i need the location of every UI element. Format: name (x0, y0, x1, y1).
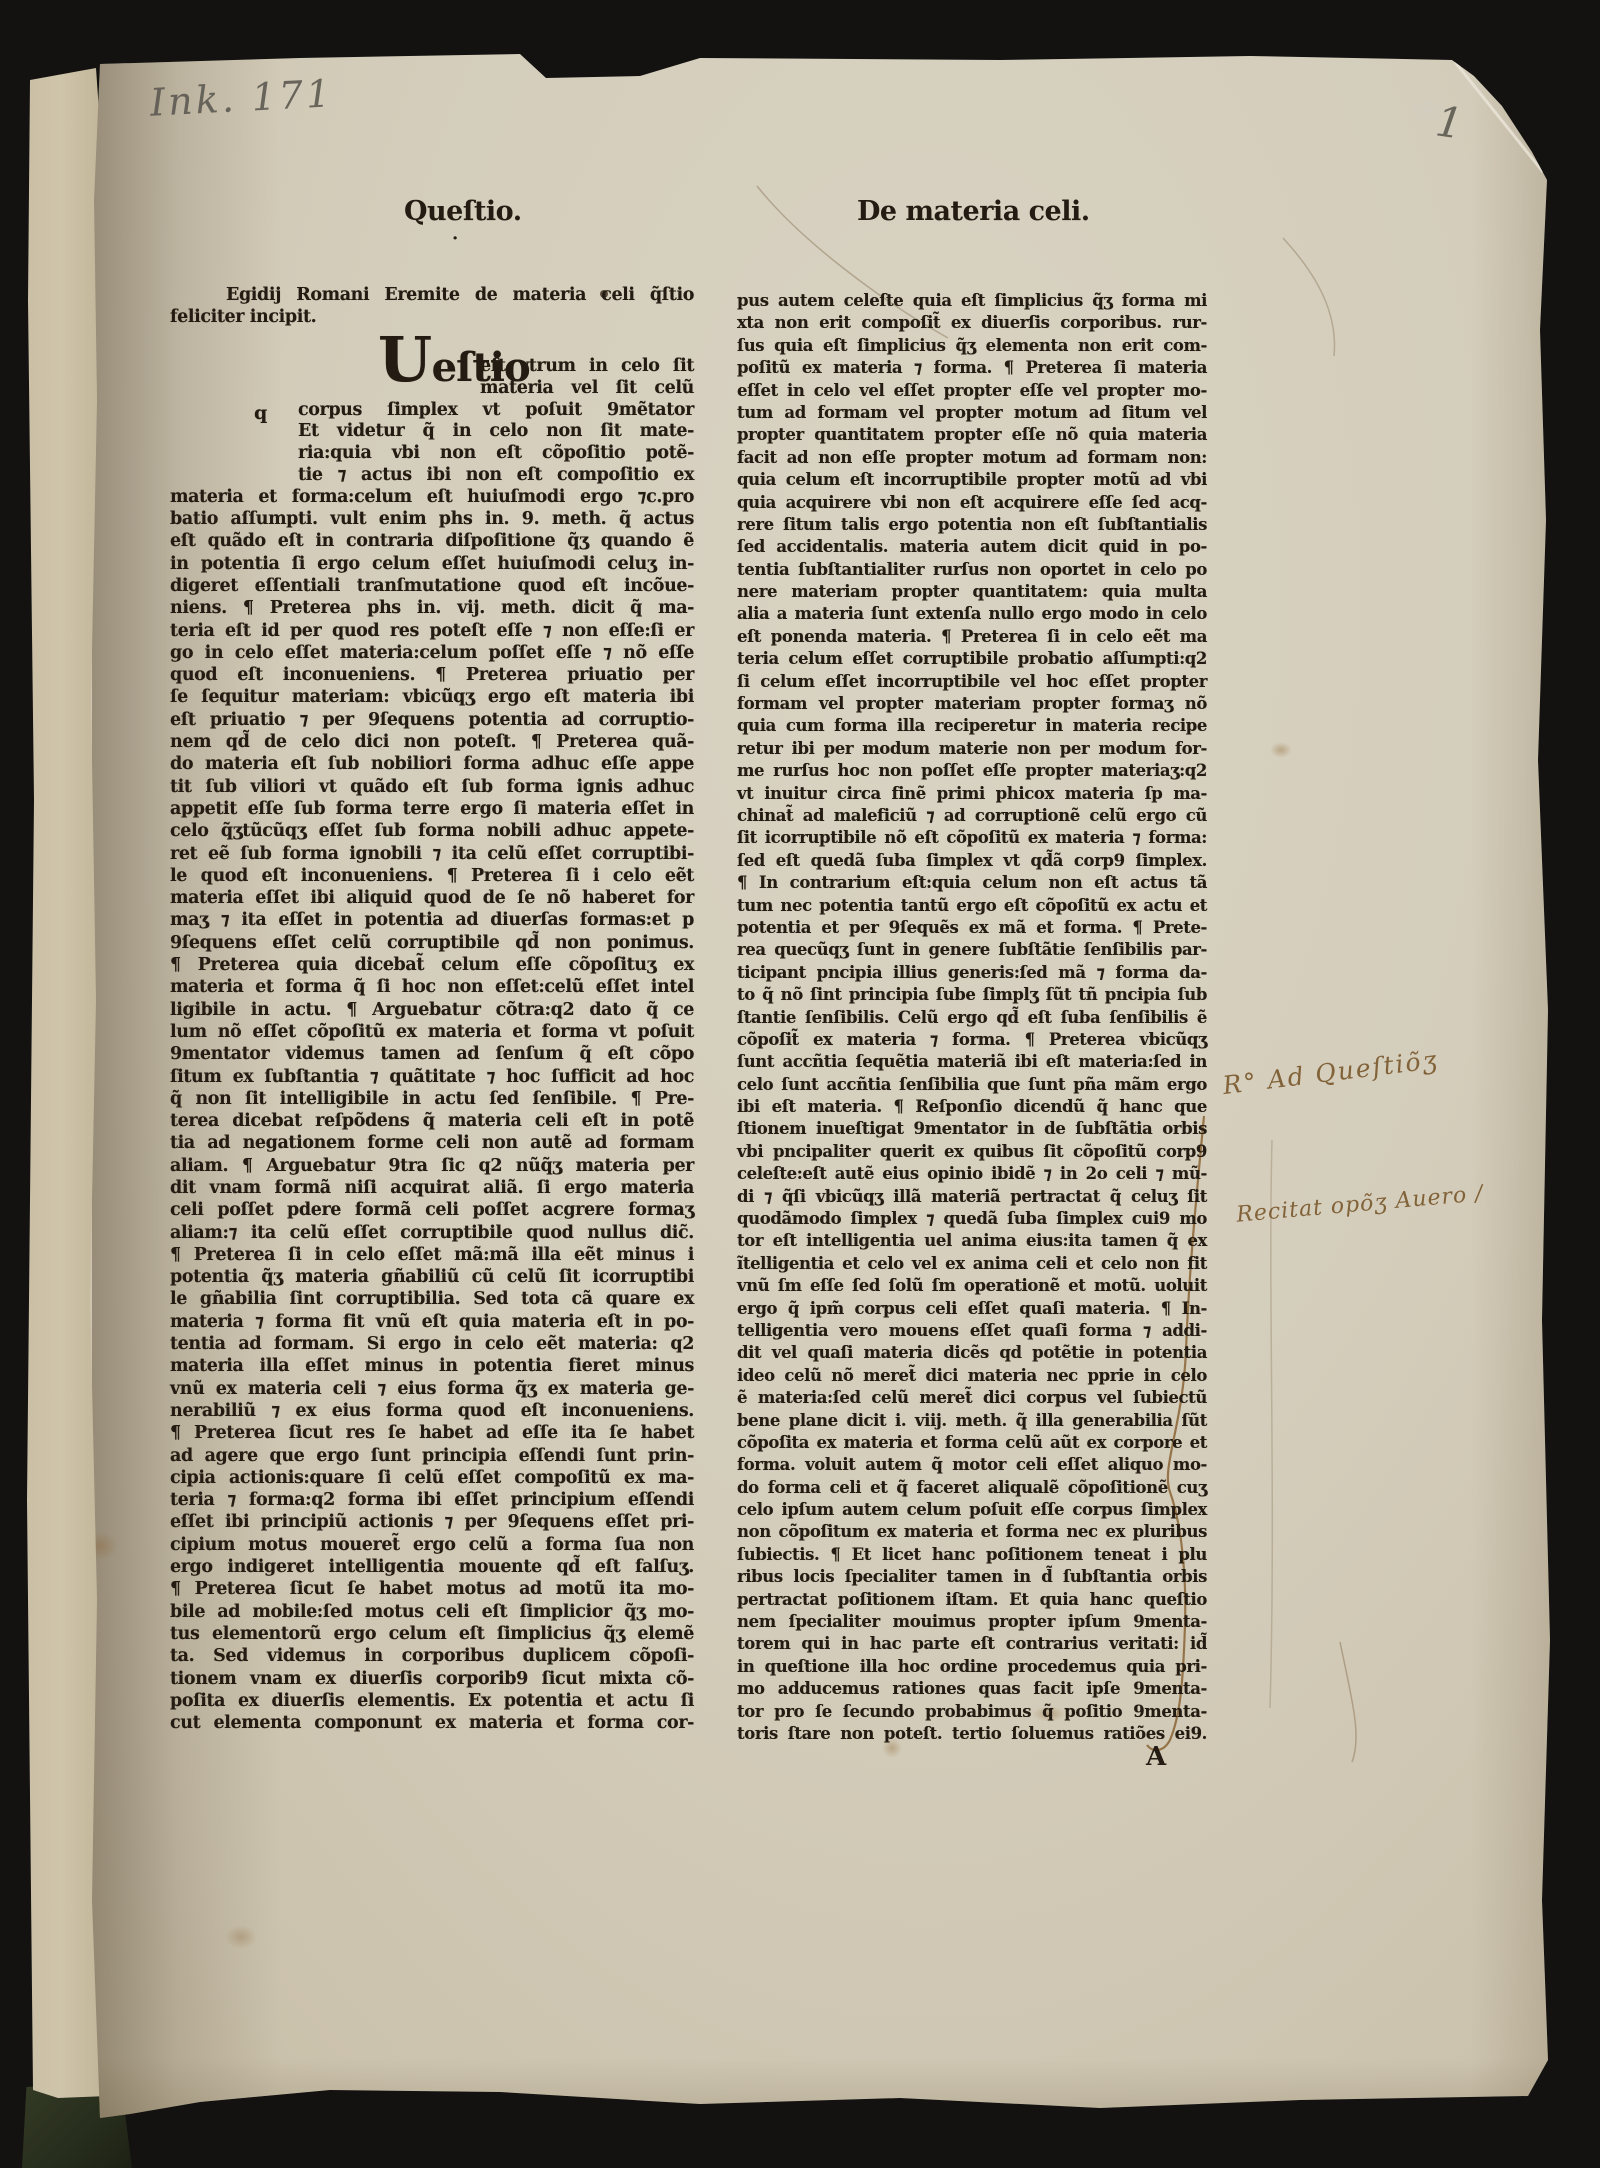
text-line: maʒ ⁊ ita eſſet in potentia ad diuerſas … (170, 910, 694, 932)
text-line: ria:quia vbi non eſt cõpoſitio potẽ- (298, 443, 694, 465)
text-line: ĩtelligentia et celo vel ex anima celi e… (737, 1254, 1207, 1276)
text-line: ſed accidentalis. materia autem dicit qu… (737, 537, 1207, 559)
incipit-line: Egidij Romani Eremite de materia celi q̃… (226, 285, 694, 307)
text-line: le quod eſt inconueniens. ¶ Preterea ſi … (170, 866, 694, 888)
text-line: bile ad mobile:ſed motus celi eſt ſimpli… (170, 1602, 694, 1624)
text-line: pertractat poſitionem iſtam. Et quia han… (737, 1590, 1207, 1612)
text-line: do forma celi et q̃ faceret aliqualẽ cõp… (737, 1478, 1207, 1500)
text-line: nem ſpecialiter mouimus propter ipſum 9m… (737, 1612, 1207, 1634)
text-line: tentia ſubſtantialiter rurſus non oporte… (737, 560, 1207, 582)
book-page: Ink. 171 1 Queſtio. · De materia celi. E… (0, 0, 1600, 2168)
text-line: ideo celũ nõ meret̃ dici materia nec ppr… (737, 1366, 1207, 1388)
left-text-column: Egidij Romani Eremite de materia celi q̃… (170, 285, 694, 1735)
guide-letter: q (254, 402, 267, 424)
margin-note-recitat: Recitat opõʒ Auero / (1235, 1181, 1484, 1228)
text-line: rere ſitum talis ergo potentia non eſt ſ… (737, 515, 1207, 537)
text-line: ret eẽ ſub forma ignobili ⁊ ita celũ eſſ… (170, 844, 694, 866)
text-line: materia eſſet ibi aliquid quod de ſe nõ … (170, 888, 694, 910)
text-line: vbi pncipaliter querit ex quibus ſit cõp… (737, 1142, 1207, 1164)
text-line: terea dicebat reſpõdens q̃ materia celi … (170, 1111, 694, 1133)
text-line: eſſet ibi principiũ actionis ⁊ per 9ſequ… (170, 1512, 694, 1534)
text-line: alia a materia ſunt extenſa nullo ergo m… (737, 604, 1207, 626)
text-line: ticipant pncipia illius generis:ſed mã ⁊… (737, 963, 1207, 985)
opening-indent-lines: corpus ſimplex vt poſuit 9mẽtatorEt vide… (170, 400, 694, 487)
text-line: ¶ Preterea ſicut ſe habet motus ad motũ … (170, 1579, 694, 1601)
text-line: facit ad non eſſe propter motum ad forma… (737, 448, 1207, 470)
text-line: quodãmodo ſimplex ⁊ quedã ſuba ſimplex c… (737, 1209, 1207, 1231)
text-line: ibi eſt materia. ¶ Reſponſio dicendũ q̃ … (737, 1097, 1207, 1119)
text-line: celo ipſum autem celum poſuit eſſe corpu… (737, 1500, 1207, 1522)
drop-cap-letter: U (378, 323, 432, 396)
text-line: celi poſſet pdere formã celi poſſet acgr… (170, 1200, 694, 1222)
text-line: lum nõ eſſet cõpoſitũ ex materia et form… (170, 1022, 694, 1044)
text-line: retur ibi per modum materie non per modu… (737, 739, 1207, 761)
text-line: aliam. ¶ Arguebatur 9tra ſic q2 nũq̃ʒ ma… (170, 1156, 694, 1178)
text-line: tia ad negationem forme celi non autẽ ad… (170, 1133, 694, 1155)
text-line: celeſte:eſt autẽ eius opinio ibidẽ ⁊ in … (737, 1164, 1207, 1186)
text-line: quia acquirere vbi non eſt acquirere eſſ… (737, 493, 1207, 515)
running-title-dot: · (452, 228, 458, 249)
text-line: materia et forma q̃ ſi hoc non eſſet:cel… (170, 977, 694, 999)
text-line: mo adducemus rationes quas facit ipſe 9m… (737, 1679, 1207, 1701)
text-line: me rurſus hoc non poſſet eſſe propter ma… (737, 761, 1207, 783)
text-line: nerabiliũ ⁊ ex eius forma quod eſt incon… (170, 1401, 694, 1423)
text-line: eſt ponenda materia. ¶ Preterea ſi in ce… (737, 627, 1207, 649)
text-line: nem qd̃ de celo dici non poteſt. ¶ Prete… (170, 732, 694, 754)
text-line: potentia et per 9ſequẽs ex mã et forma. … (737, 918, 1207, 940)
margin-note-response: R° Ad Queſtiõʒ (1221, 1045, 1440, 1100)
page-content: Ink. 171 1 Queſtio. · De materia celi. E… (0, 0, 1600, 2168)
text-line: vt inuitur circa finẽ primi phicox mater… (737, 784, 1207, 806)
text-line: dit vel quaſi materia dicẽs qd potẽtie i… (737, 1343, 1207, 1365)
text-line: tum ad formam vel propter motum ad ſitum… (737, 403, 1207, 425)
text-line: teria eſt id per quod res poteſt eſſe ⁊ … (170, 621, 694, 643)
text-line: go in celo eſſet materia:celum poſſet eſ… (170, 643, 694, 665)
text-line: ad agere que ergo ſunt principia eſſendi… (170, 1446, 694, 1468)
text-line: digeret eſſentiali tranſmutatione quod e… (170, 576, 694, 598)
text-line: batio aſſumpti. vult enim phs in. 9. met… (170, 509, 694, 531)
text-line: cipium motus moueret̃ ergo celũ a forma … (170, 1535, 694, 1557)
drop-cap-rest: eſtio (432, 344, 530, 391)
text-line: ſit icorruptibile nõ eſt cõpoſitũ ex mat… (737, 828, 1207, 850)
text-line: chinat̃ ad maleficiũ ⁊ ad corruptionẽ ce… (737, 806, 1207, 828)
text-line: ſubiectis. ¶ Et licet hanc poſitionem te… (737, 1545, 1207, 1567)
text-line: forma. voluit autem q̃ motor celi eſſet … (737, 1455, 1207, 1477)
text-line: ſtantie ſenſibilis. Celũ ergo qd̃ eſt ſu… (737, 1008, 1207, 1030)
photo-background: Ink. 171 1 Queſtio. · De materia celi. E… (0, 0, 1600, 2168)
text-line: ¶ Preterea quia dicebat̃ celum eſſe cõpo… (170, 955, 694, 977)
text-line: ſus quia eſt ſimplicius q̃ʒ elementa non… (737, 336, 1207, 358)
text-line: tit ſub viliori vt quãdo eſt ſub forma i… (170, 777, 694, 799)
text-line: dit vnam formã niſi acquirat aliã. ſi er… (170, 1178, 694, 1200)
text-line: tie ⁊ actus ibi non eſt compoſitio ex (298, 465, 694, 487)
text-line: 9mentator videmus tamen ad ſenſum q̃ eſt… (170, 1044, 694, 1066)
text-line: le gñabilia ſint corruptibilia. Sed tota… (170, 1289, 694, 1311)
text-line: formam vel propter materiam propter form… (737, 694, 1207, 716)
text-line: poſita ex diuerſis elementis. Ex potenti… (170, 1691, 694, 1713)
left-column-body: materia et forma:celum eſt huiuſmodi erg… (170, 487, 694, 1736)
text-line: eſſet in celo vel eſſet propter eſſe vel… (737, 381, 1207, 403)
text-line: do materia eſt ſub nobiliori forma adhuc… (170, 754, 694, 776)
text-line: celo ſunt accñtia ſenſibilia que ſunt pñ… (737, 1075, 1207, 1097)
text-line: non cõpoſitum ex materia et forma nec ex… (737, 1522, 1207, 1544)
text-line: potentia q̃ʒ materia gñabiliũ cũ celũ ſi… (170, 1267, 694, 1289)
questio-opening: Ueſtio q eſt vtrum in celo ſitmateria ve… (170, 356, 694, 487)
text-line: eſt quãdo eſt in contraria diſpoſitione … (170, 531, 694, 553)
text-line: ſunt accñtia ſequẽtia materiã ibi eſt ma… (737, 1052, 1207, 1074)
text-line: xta non erit compoſit̃ ex diuerſis corpo… (737, 313, 1207, 335)
right-column-body: pus autem celeſte quia eſt ſimplicius q̃… (737, 291, 1207, 1746)
text-line: materia ⁊ forma fit vnũ eſt quia materia… (170, 1312, 694, 1334)
text-line: toris ſtare non poteſt. tertio ſoluemus … (737, 1724, 1207, 1746)
text-line: cõpoſita ex materia et forma celũ aũt ex… (737, 1433, 1207, 1455)
text-line: telligentia vero mouens eſſet quaſi form… (737, 1321, 1207, 1343)
text-line: ergo indigeret intelligentia mouente qd̃… (170, 1557, 694, 1579)
text-line: ſed eſt quedã ſuba ſimplex vt qd̃ã corp9… (737, 851, 1207, 873)
signature-mark: A (1146, 1742, 1166, 1772)
text-line: bene plane dicit i. viij. meth. q̃ illa … (737, 1411, 1207, 1433)
text-line: rea quecũqʒ ſunt in genere ſubſtãtie ſen… (737, 940, 1207, 962)
text-line: teria ⁊ forma:q2 forma ibi eſſet princip… (170, 1490, 694, 1512)
text-line: corpus ſimplex vt poſuit 9mẽtator (298, 400, 694, 422)
text-line: to q̃ nõ ſint principia ſube ſimplʒ ſũt … (737, 985, 1207, 1007)
text-line: propter quantitatem propter eſſe nõ quia… (737, 425, 1207, 447)
text-line: ribus locis ſpecialiter tamen in d̃ ſubſ… (737, 1567, 1207, 1589)
text-line: ¶ Preterea ſicut res ſe habet ad eſſe it… (170, 1423, 694, 1445)
text-line: ſitum ex ſubſtantia ⁊ quãtitate ⁊ hoc ſu… (170, 1067, 694, 1089)
text-line: quia celum eſt incorruptibile propter mo… (737, 470, 1207, 492)
text-line: cipia actionis:quare ſi celũ eſſet compo… (170, 1468, 694, 1490)
text-line: eſt priuatio ⁊ per 9ſequens potentia ad … (170, 710, 694, 732)
text-line: vnũ ex materia celi ⁊ eius forma q̃ʒ ex … (170, 1379, 694, 1401)
text-line: poſitũ ex materia ⁊ forma. ¶ Preterea ſi… (737, 358, 1207, 380)
text-line: 9ſequens eſſet celũ corruptibile qd̃ non… (170, 933, 694, 955)
text-line: materia et forma:celum eſt huiuſmodi erg… (170, 487, 694, 509)
text-line: tentia ad formam. Si ergo in celo eẽt ma… (170, 1334, 694, 1356)
text-line: cut elementa componunt ex materia et for… (170, 1713, 694, 1735)
text-line: torem qui in hac parte eſt contrarius ve… (737, 1634, 1207, 1656)
text-line: materia illa eſſet minus in potentia fie… (170, 1356, 694, 1378)
text-line: pus autem celeſte quia eſt ſimplicius q̃… (737, 291, 1207, 313)
pencil-folio-number: 1 (1433, 96, 1466, 148)
text-line: niens. ¶ Preterea phs in. vij. meth. dic… (170, 598, 694, 620)
text-line: ¶ Preterea ſi in celo eſſet mã:mã illa e… (170, 1245, 694, 1267)
text-line: Et videtur q̃ in celo non ſit mate- (298, 421, 694, 443)
text-line: nere materiam propter quantitatem: quia … (737, 582, 1207, 604)
text-line: ta. Sed videmus in corporibus duplicem c… (170, 1646, 694, 1668)
text-line: ¶ In contrarium eſt:quia celum non eſt a… (737, 873, 1207, 895)
text-line: appetit eſſe ſub forma terre ergo ſi mat… (170, 799, 694, 821)
text-line: quod eſt inconueniens. ¶ Preterea priuat… (170, 665, 694, 687)
text-line: celo q̃ʒtũcũqʒ eſſet ſub forma nobili ad… (170, 821, 694, 843)
running-title-right: De materia celi. (857, 196, 1090, 227)
text-line: teria celum eſſet corruptibile probatio … (737, 649, 1207, 671)
text-line: q̃ non ſit intelligibile in actu ſed ſen… (170, 1089, 694, 1111)
text-line: vnũ ſm eſſe ſed ſolũ ſm operationẽ et mo… (737, 1276, 1207, 1298)
text-line: quia cum forma illa reciperetur in mater… (737, 716, 1207, 738)
text-line: cõpoſit̃ ex materia ⁊ forma. ¶ Preterea … (737, 1030, 1207, 1052)
incipit-line: feliciter incipit. (170, 307, 694, 329)
text-line: di ⁊ q̃ſi vbicũqʒ illã materiã pertracta… (737, 1187, 1207, 1209)
text-line: in queſtione illa hoc ordine procedemus … (737, 1657, 1207, 1679)
text-line: ergo q̃ ipm̃ corpus celi eſſet quaſi mat… (737, 1299, 1207, 1321)
right-text-column: pus autem celeſte quia eſt ſimplicius q̃… (737, 291, 1207, 1746)
text-line: tor pro ſe ſecundo probabimus q̃ poſitio… (737, 1702, 1207, 1724)
text-line: ſe ſequitur materiam: vbicũqʒ ergo eſt m… (170, 687, 694, 709)
text-line: tionem vnam ex diuerſis corporib9 ſicut … (170, 1669, 694, 1691)
text-line: ſi celum eſſet incorruptibile vel hoc eſ… (737, 672, 1207, 694)
text-line: ligibile in actu. ¶ Arguebatur cõtra:q2 … (170, 1000, 694, 1022)
pencil-shelfmark: Ink. 171 (149, 71, 334, 125)
text-line: ẽ materia:ſed celũ meret̃ dici corpus ve… (737, 1388, 1207, 1410)
text-line: tor eſt intelligentia uel anima eius:ita… (737, 1231, 1207, 1253)
drop-cap-word: Ueſtio (378, 332, 530, 391)
text-line: tus elementorũ ergo celum eſt ſimplicius… (170, 1624, 694, 1646)
text-line: ſtionem inueſtigat 9mentator in de ſubſt… (737, 1119, 1207, 1141)
text-line: tum nec potentia tantũ ergo eſt cõpoſitũ… (737, 896, 1207, 918)
text-line: aliam:⁊ ita celũ eſſet corruptibile quod… (170, 1223, 694, 1245)
text-line: in potentia ſi ergo celum eſſet huiuſmod… (170, 554, 694, 576)
running-title-left: Queſtio. (404, 196, 522, 227)
